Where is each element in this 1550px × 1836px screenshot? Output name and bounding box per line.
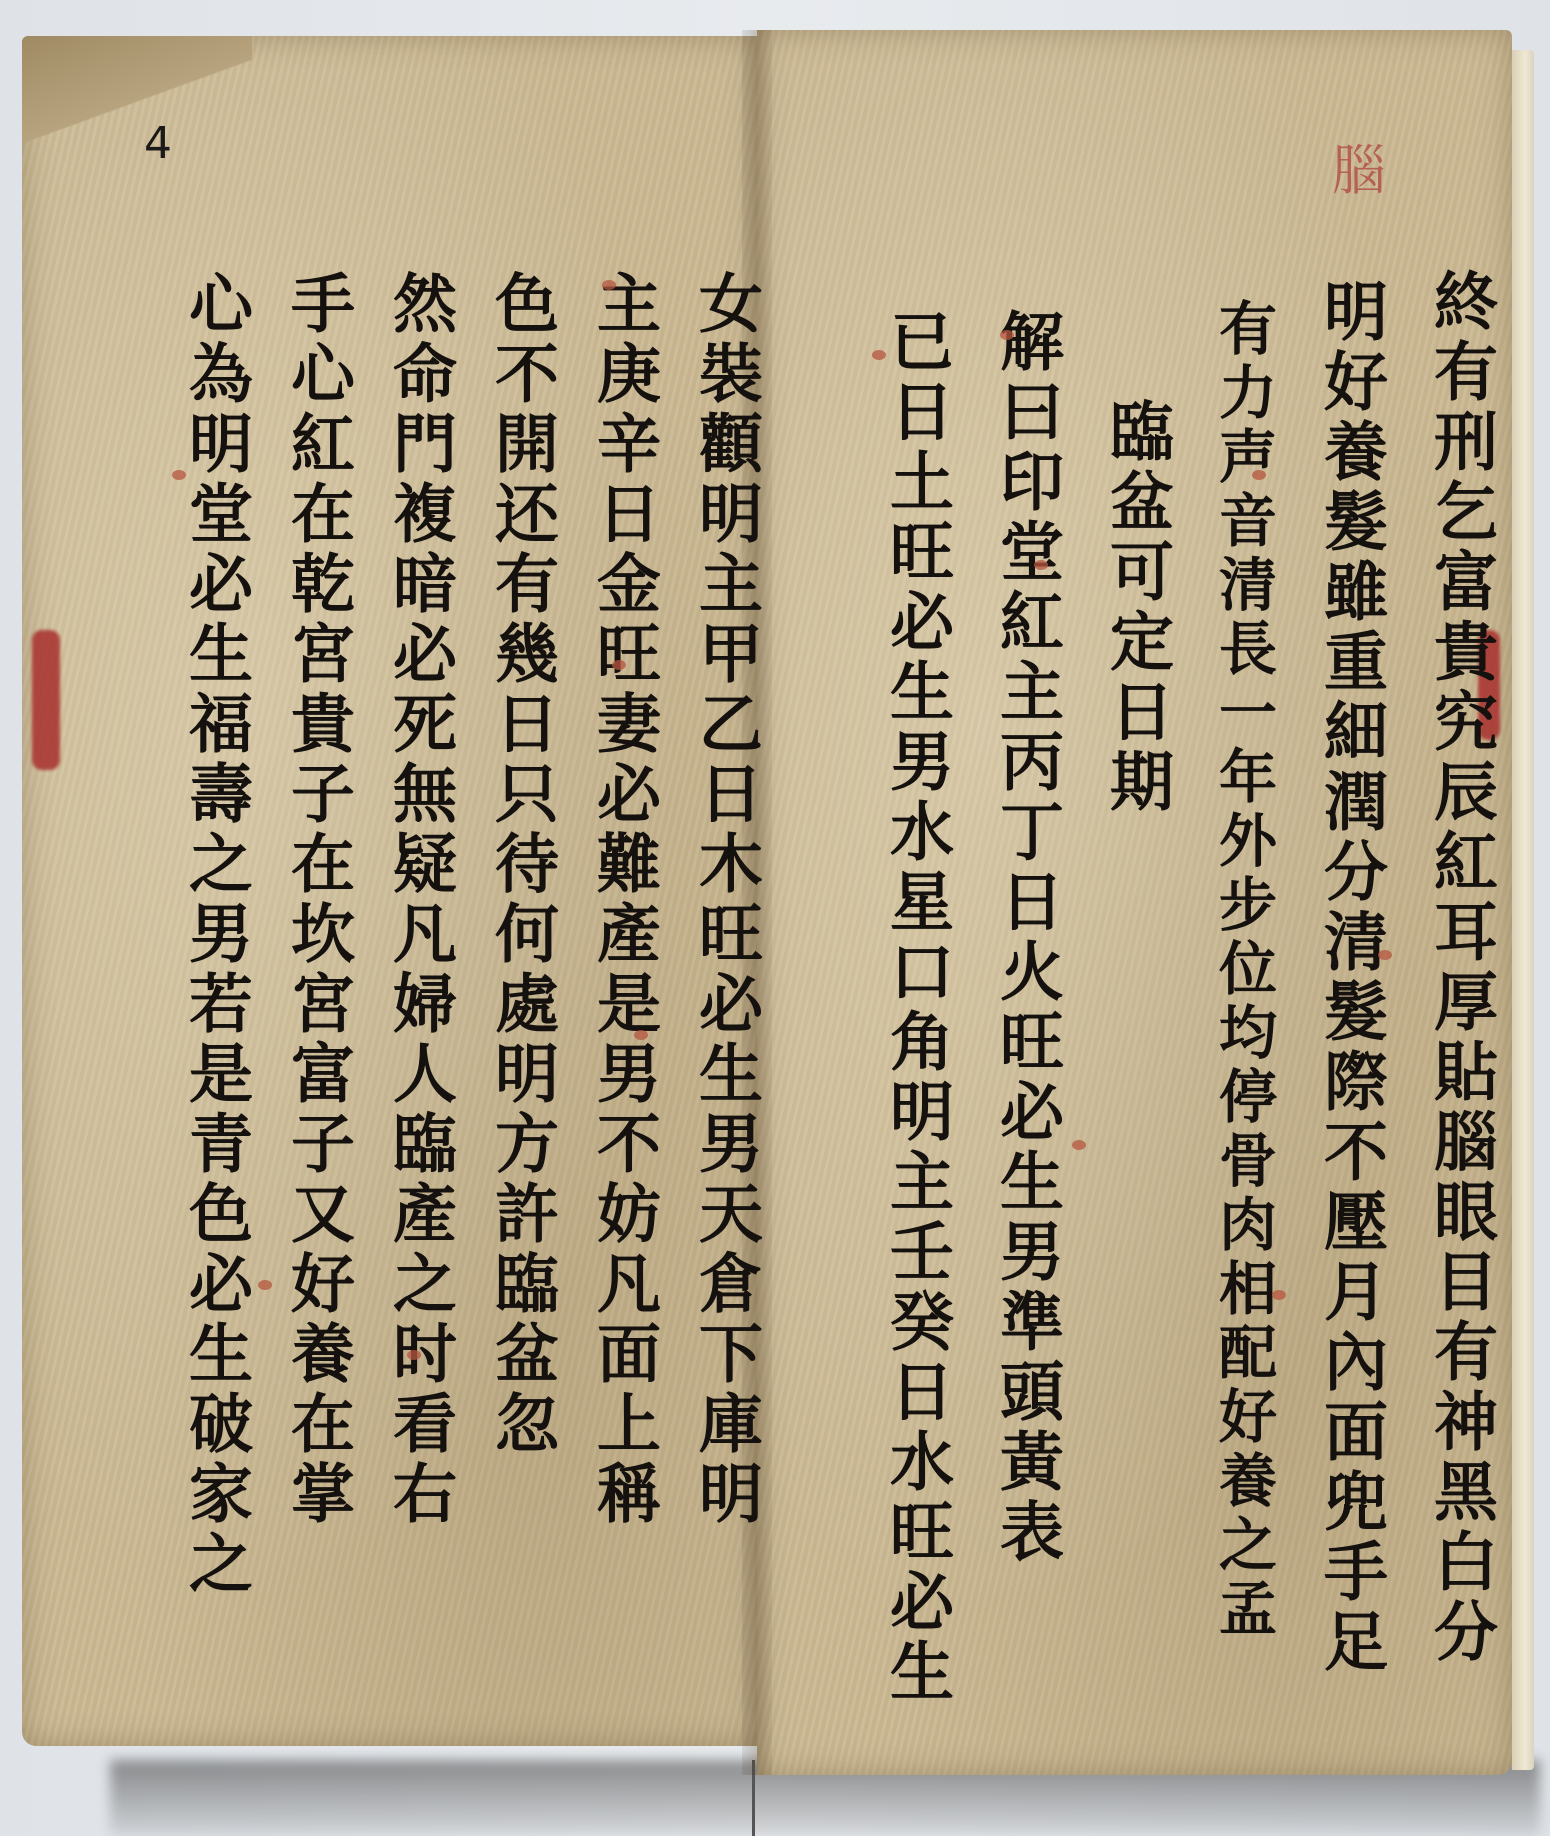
red-seal-mark-left	[32, 630, 60, 770]
text-column: 心為明堂必生福壽之男若是青色必生破家之	[183, 270, 247, 1770]
red-punctuation-dot	[1378, 950, 1392, 960]
text-column: 主庚辛日金旺妻必難產是男不妨凡面上稱	[591, 270, 655, 1770]
page-stack-edge	[1512, 50, 1534, 1770]
text-column: 終有刑乞富貴究辰紅耳厚貼腦眼目有神黑白分	[1428, 268, 1492, 1768]
red-punctuation-dot	[1252, 470, 1266, 480]
text-column: 解曰印堂紅主丙丁日火旺必生男準頭黃表	[994, 268, 1058, 1768]
red-punctuation-dot	[634, 1030, 648, 1040]
red-punctuation-dot	[1272, 1290, 1286, 1300]
left-page-text: 女裝顴明主甲乙日木旺必生男天倉下庫明 主庚辛日金旺妻必難產是男不妨凡面上稱 色不…	[77, 270, 757, 1770]
red-punctuation-dot	[602, 280, 616, 290]
open-book: 4 腦 終有刑乞富貴究辰紅耳厚貼腦眼目有神黑白分 明好養髮雖重細潤分清髮際不壓月…	[22, 30, 1532, 1770]
red-punctuation-dot	[1072, 1140, 1086, 1150]
section-heading: 臨盆可定日期	[1104, 268, 1168, 1768]
red-punctuation-dot	[612, 660, 626, 670]
text-column: 然命門複暗必死無疑凡婦人臨產之时看右	[387, 270, 451, 1770]
red-punctuation-dot	[872, 350, 886, 360]
text-column: 手心紅在乾宮貴子在坎宮富子又好養在掌	[285, 270, 349, 1770]
red-stamp-character: 腦	[1332, 128, 1386, 205]
page-number: 4	[144, 118, 172, 169]
folded-corner	[22, 36, 252, 146]
text-column: 有力声音清長一年外步位均停骨肉相配好養之孟	[1214, 268, 1272, 1768]
red-punctuation-dot	[1034, 560, 1048, 570]
red-punctuation-dot	[172, 470, 186, 480]
right-page-text: 終有刑乞富貴究辰紅耳厚貼腦眼目有神黑白分 明好養髮雖重細潤分清髮際不壓月內面兜手…	[812, 268, 1492, 1768]
red-punctuation-dot	[258, 1280, 272, 1290]
text-column: 女裝顴明主甲乙日木旺必生男天倉下庫明	[693, 270, 757, 1770]
text-column: 明好養髮雖重細潤分清髮際不壓月內面兜手足	[1318, 268, 1382, 1768]
red-punctuation-dot	[1000, 330, 1014, 340]
text-column: 色不開还有幾日只待何處明方許臨盆忽	[489, 270, 553, 1770]
text-column: 已日土旺必生男水星口角明主壬癸日水旺必生	[884, 268, 948, 1768]
red-punctuation-dot	[407, 1350, 421, 1360]
